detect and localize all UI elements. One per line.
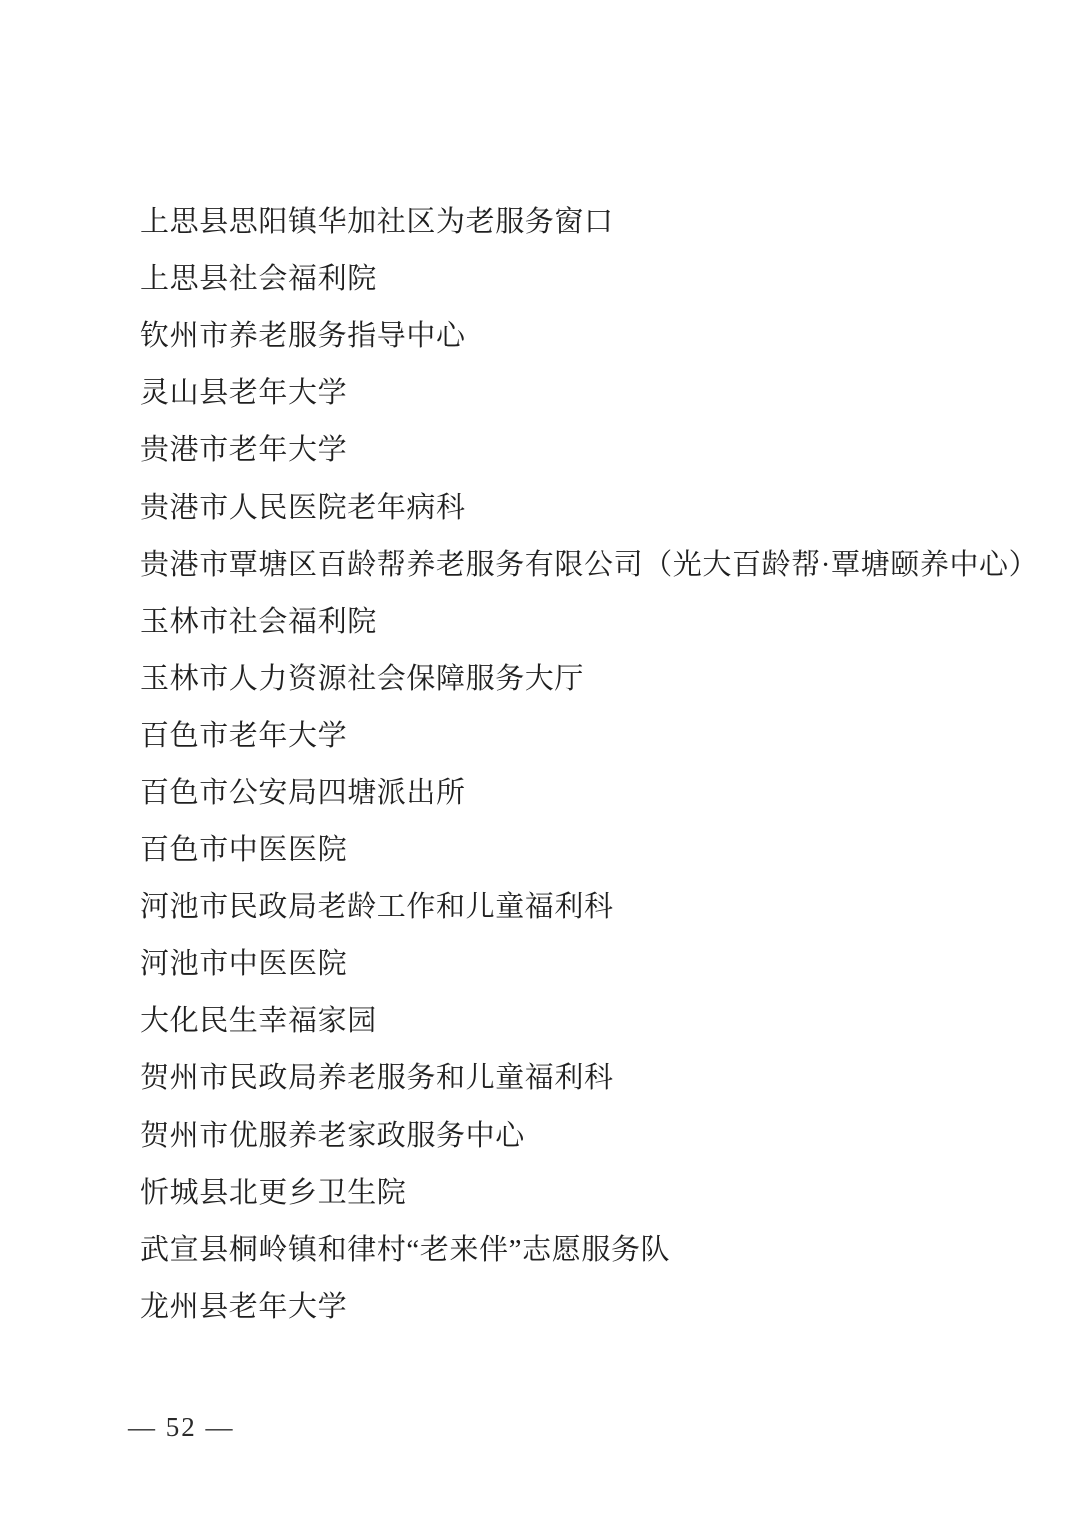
list-item: 贵港市覃塘区百龄帮养老服务有限公司（光大百龄帮·覃塘颐养中心） xyxy=(140,534,1050,591)
list-item: 大化民生幸福家园 xyxy=(140,990,1050,1047)
list-item: 贵港市人民医院老年病科 xyxy=(140,476,1050,533)
list-item: 河池市民政局老龄工作和儿童福利科 xyxy=(140,876,1050,933)
list-item: 龙州县老年大学 xyxy=(140,1276,1050,1333)
list-item: 灵山县老年大学 xyxy=(140,362,1050,419)
list-item: 贺州市民政局养老服务和儿童福利科 xyxy=(140,1047,1050,1104)
list-item: 河池市中医医院 xyxy=(140,933,1050,990)
list-item: 百色市中医医院 xyxy=(140,819,1050,876)
page-number: — 52 — xyxy=(128,1412,235,1443)
list-item: 上思县思阳镇华加社区为老服务窗口 xyxy=(140,191,1050,248)
list-item: 贺州市优服养老家政服务中心 xyxy=(140,1105,1050,1162)
list-item: 玉林市社会福利院 xyxy=(140,591,1050,648)
organization-list: 上思县思阳镇华加社区为老服务窗口上思县社会福利院钦州市养老服务指导中心灵山县老年… xyxy=(140,191,1050,1333)
list-item: 百色市公安局四塘派出所 xyxy=(140,762,1050,819)
list-item: 钦州市养老服务指导中心 xyxy=(140,305,1050,362)
list-item: 武宣县桐岭镇和律村“老来伴”志愿服务队 xyxy=(140,1219,1050,1276)
list-item: 玉林市人力资源社会保障服务大厅 xyxy=(140,648,1050,705)
document-page: 上思县思阳镇华加社区为老服务窗口上思县社会福利院钦州市养老服务指导中心灵山县老年… xyxy=(0,0,1080,1527)
list-item: 忻城县北更乡卫生院 xyxy=(140,1162,1050,1219)
list-item: 百色市老年大学 xyxy=(140,705,1050,762)
list-item: 贵港市老年大学 xyxy=(140,419,1050,476)
list-item: 上思县社会福利院 xyxy=(140,248,1050,305)
